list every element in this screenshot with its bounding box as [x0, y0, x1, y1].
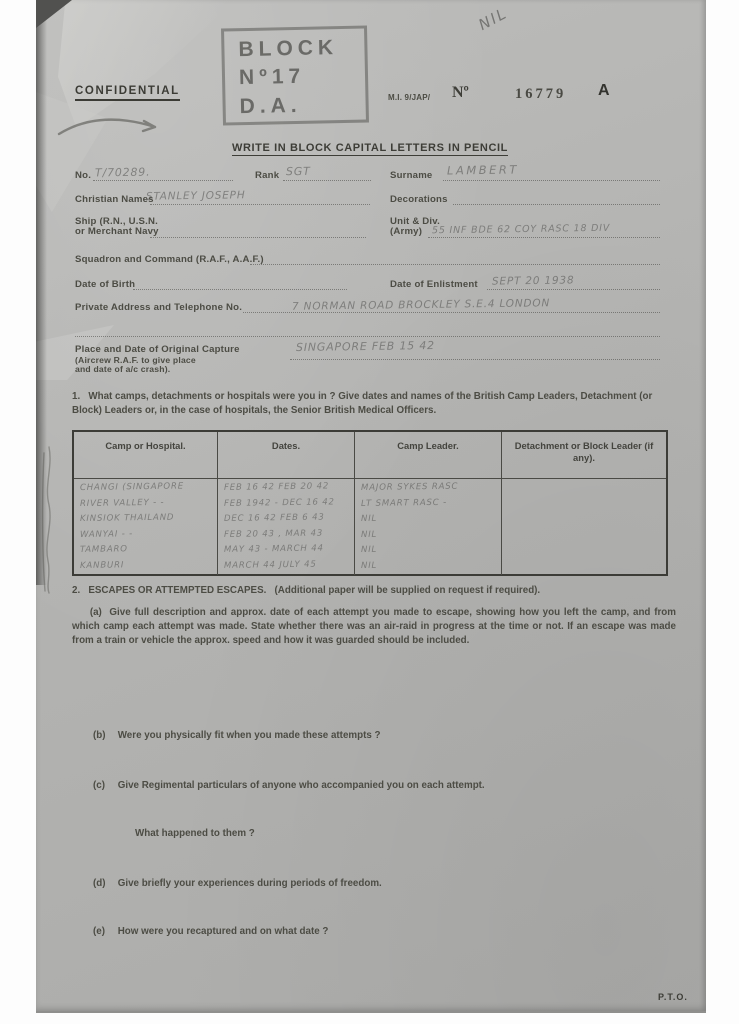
field-squadron-label: Squadron and Command (R.A.F., A.A.F.)	[75, 254, 264, 265]
field-no-value: T/70289.	[95, 166, 151, 180]
stamp-line: D.A.	[239, 90, 366, 121]
section-2-number: 2.	[72, 585, 80, 596]
table-cell: FEB 16 42 FEB 20 42	[224, 481, 354, 498]
camps-table-body: CHANGI (SINGAPORE RIVER VALLEY - - KINSI…	[74, 479, 666, 573]
question-1: 1. What camps, detachments or hospitals …	[72, 390, 672, 418]
table-cell: TAMBARO	[80, 543, 217, 560]
question-e-text: How were you recaptured and on what date…	[118, 926, 329, 937]
table-cell: MAY 43 - MARCH 44	[224, 543, 354, 560]
field-line	[93, 180, 233, 181]
camps-table-col-dates: FEB 16 42 FEB 20 42 FEB 1942 - DEC 16 42…	[218, 479, 355, 575]
stamp-line: BLOCK	[238, 34, 365, 65]
field-line	[290, 359, 660, 360]
field-capture-label3: and date of a/c crash).	[75, 364, 170, 374]
camps-table-col-detachment	[502, 479, 666, 575]
field-birth-label: Date of Birth	[75, 279, 135, 290]
question-c-label: (c)	[93, 780, 115, 791]
table-cell: FEB 1942 - DEC 16 42	[224, 497, 354, 514]
instruction-text: WRITE IN BLOCK CAPITAL LETTERS IN PENCIL	[232, 142, 508, 156]
confidential-label: CONFIDENTIAL	[75, 85, 180, 101]
field-line	[243, 312, 660, 313]
question-c-followup: What happened to them ?	[135, 828, 255, 839]
table-cell: FEB 20 43 , MAR 43	[224, 528, 354, 545]
field-rank-label: Rank	[255, 170, 279, 181]
field-line	[487, 289, 660, 290]
field-capture-label: Place and Date of Original Capture	[75, 344, 240, 355]
field-ship-label2: or Merchant Navy	[75, 226, 159, 237]
question-1-text: What camps, detachments or hospitals wer…	[72, 391, 652, 416]
pto-label: P.T.O.	[658, 992, 688, 1002]
ref-letter: A	[598, 82, 610, 100]
table-cell: MARCH 44 JULY 45	[224, 559, 354, 576]
camps-table-header-leader: Camp Leader.	[355, 432, 502, 478]
camps-table-col-leader: MAJOR SYKES RASC LT SMART RASC - NIL NIL…	[355, 479, 502, 575]
table-cell: NIL	[361, 543, 501, 560]
table-cell	[508, 481, 666, 499]
ref-number: 16779	[515, 86, 566, 103]
question-b-label: (b)	[93, 730, 115, 741]
field-line	[283, 180, 371, 181]
table-cell	[508, 543, 666, 561]
camps-table-header-detachment: Detachment or Block Leader (if any).	[502, 432, 666, 478]
field-line	[428, 237, 660, 238]
section-2-note: (Additional paper will be supplied on re…	[275, 585, 541, 596]
pencil-scribble	[55, 106, 170, 142]
camps-table-header-dates: Dates.	[218, 432, 355, 478]
table-cell: CHANGI (SINGAPORE	[80, 481, 217, 498]
section-2-title: ESCAPES OR ATTEMPTED ESCAPES.	[88, 585, 266, 596]
field-line	[150, 237, 366, 238]
question-b: (b) Were you physically fit when you mad…	[93, 730, 381, 741]
ref-prefix: M.I. 9/JAP/	[388, 93, 430, 102]
camps-table-header-row: Camp or Hospital. Dates. Camp Leader. De…	[74, 432, 666, 479]
question-d-label: (d)	[93, 878, 115, 889]
field-christian-names-label: Christian Names	[75, 194, 154, 205]
ref-no-symbol: Nº	[452, 84, 469, 102]
field-line	[250, 264, 660, 265]
field-enlistment-label: Date of Enlistment	[390, 279, 478, 290]
field-line	[133, 289, 347, 290]
field-capture-value: SINGAPORE FEB 15 42	[296, 339, 435, 354]
field-line	[75, 336, 660, 337]
question-c: (c) Give Regimental particulars of anyon…	[93, 780, 485, 791]
field-enlistment-value: SEPT 20 1938	[492, 274, 575, 287]
table-cell: NIL	[361, 559, 501, 576]
table-cell: DEC 16 42 FEB 6 43	[224, 512, 354, 529]
question-e: (e) How were you recaptured and on what …	[93, 926, 328, 937]
question-1-number: 1.	[72, 391, 80, 402]
field-unit-label2: (Army)	[390, 226, 422, 237]
question-a-label: (a)	[90, 607, 102, 618]
table-cell: MAJOR SYKES RASC	[361, 481, 501, 498]
field-line	[150, 204, 370, 205]
margin-scribble	[38, 443, 60, 598]
table-cell: NIL	[361, 512, 501, 529]
field-decorations-label: Decorations	[390, 194, 448, 205]
field-line	[453, 204, 660, 205]
table-cell: KANBURI	[80, 559, 217, 576]
table-cell	[508, 512, 666, 530]
field-christian-names-value: STANLEY JOSEPH	[146, 189, 246, 202]
question-a: (a) Give full description and approx. da…	[72, 606, 676, 649]
question-b-text: Were you physically fit when you made th…	[118, 730, 381, 741]
camps-table: Camp or Hospital. Dates. Camp Leader. De…	[72, 430, 668, 576]
table-cell: KINSIOK THAILAND	[80, 512, 217, 529]
question-c-followup-text: What happened to them ?	[135, 828, 255, 839]
field-no-label: No.	[75, 170, 91, 181]
table-cell	[508, 558, 666, 576]
question-e-label: (e)	[93, 926, 115, 937]
camps-table-col-camp: CHANGI (SINGAPORE RIVER VALLEY - - KINSI…	[74, 479, 218, 575]
field-address-label: Private Address and Telephone No.	[75, 302, 242, 313]
field-surname-label: Surname	[390, 170, 432, 181]
block-number-stamp: BLOCK Nº17 D.A.	[221, 25, 369, 125]
instruction-heading: WRITE IN BLOCK CAPITAL LETTERS IN PENCIL	[150, 138, 590, 156]
field-line	[443, 180, 660, 181]
field-rank-value: SGT	[286, 165, 311, 178]
camps-table-header-camp: Camp or Hospital.	[74, 432, 218, 478]
question-d-text: Give briefly your experiences during per…	[118, 878, 382, 889]
question-a-text: Give full description and approx. date o…	[72, 607, 676, 646]
field-surname-value: LAMBERT	[447, 162, 519, 177]
section-2-heading: 2. ESCAPES OR ATTEMPTED ESCAPES. (Additi…	[72, 585, 672, 596]
question-c-text: Give Regimental particulars of anyone wh…	[118, 780, 485, 791]
question-d: (d) Give briefly your experiences during…	[93, 878, 382, 889]
stamp-line: Nº17	[239, 62, 366, 93]
